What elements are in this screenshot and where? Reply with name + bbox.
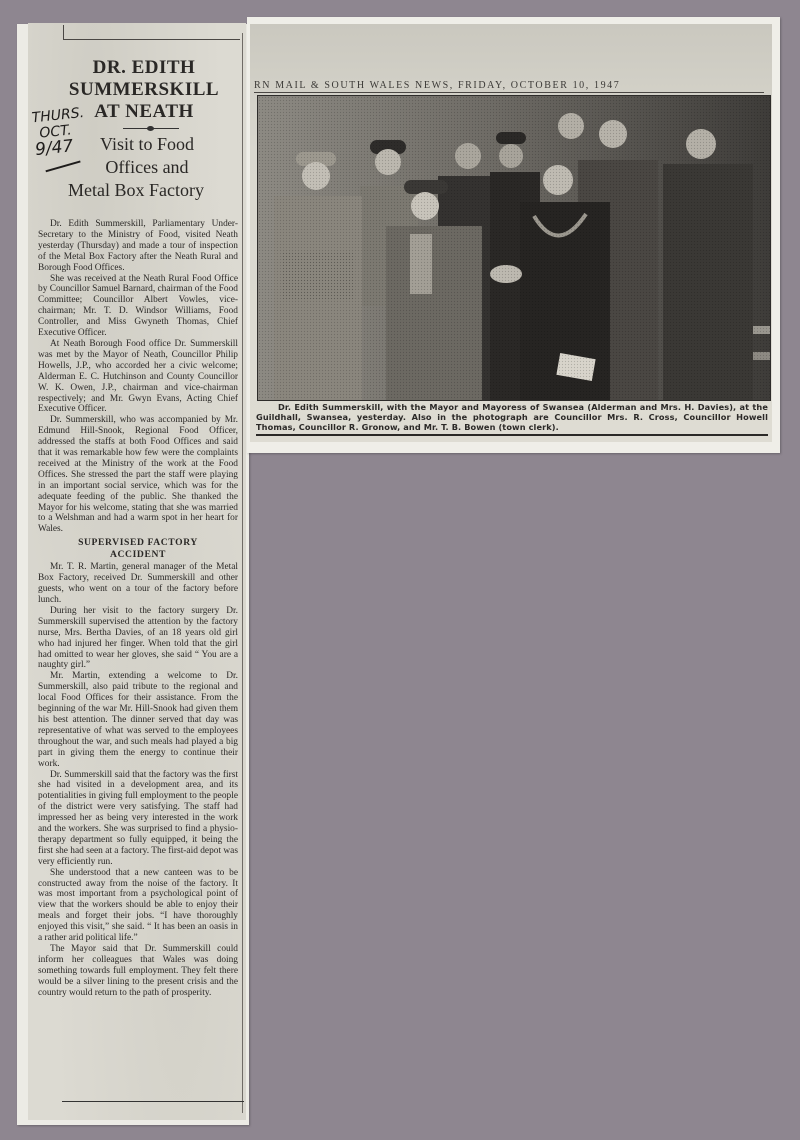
article-paragraph: Mr. Martin, extending a welcome to Dr. S…: [38, 671, 238, 769]
newspaper-masthead: RN MAIL & SOUTH WALES NEWS, FRIDAY, OCTO…: [254, 80, 764, 93]
headline-divider: [123, 128, 179, 129]
article-clipping: THURS. OCT. 9/47 DR. EDITH SUMMERSKILL A…: [28, 23, 246, 1120]
column-rule: [242, 33, 243, 1113]
group-photograph: [257, 95, 771, 401]
handnote-line: 9/47: [34, 136, 97, 158]
article-paragraph: Dr. Summerskill, who was accompanied by …: [38, 415, 238, 535]
headline-line: SUMMERSKILL: [42, 79, 246, 101]
article-end-rule: [62, 1101, 244, 1102]
section-heading-line: SUPERVISED FACTORY: [38, 537, 238, 549]
article-paragraph: During her visit to the factory surgery …: [38, 606, 238, 671]
caption-rule: [256, 434, 768, 436]
article-body: Dr. Edith Summerskill, Parliamentary Und…: [38, 219, 238, 999]
article-paragraph: Mr. T. R. Martin, general manager of the…: [38, 562, 238, 606]
photo-illustration: [258, 96, 770, 400]
photo-caption: Dr. Edith Summerskill, with the Mayor an…: [256, 402, 768, 432]
section-heading-line: ACCIDENT: [38, 549, 238, 561]
article-paragraph: Dr. Summerskill said that the factory wa…: [38, 770, 238, 868]
headline-line: DR. EDITH: [42, 57, 246, 79]
article-paragraph: She understood that a new canteen was to…: [38, 868, 238, 944]
section-heading: SUPERVISED FACTORY ACCIDENT: [38, 537, 238, 561]
article-paragraph: The Mayor said that Dr. Summerskill coul…: [38, 944, 238, 999]
article-paragraph: She was received at the Neath Rural Food…: [38, 274, 238, 339]
handwritten-date-note: THURS. OCT. 9/47: [31, 104, 99, 170]
subheadline-line: Metal Box Factory: [26, 179, 246, 202]
photo-clipping: RN MAIL & SOUTH WALES NEWS, FRIDAY, OCTO…: [250, 24, 772, 442]
article-paragraph: Dr. Edith Summerskill, Parliamentary Und…: [38, 219, 238, 274]
article-paragraph: At Neath Borough Food office Dr. Summers…: [38, 339, 238, 415]
clipping-top-rule: [63, 25, 240, 40]
